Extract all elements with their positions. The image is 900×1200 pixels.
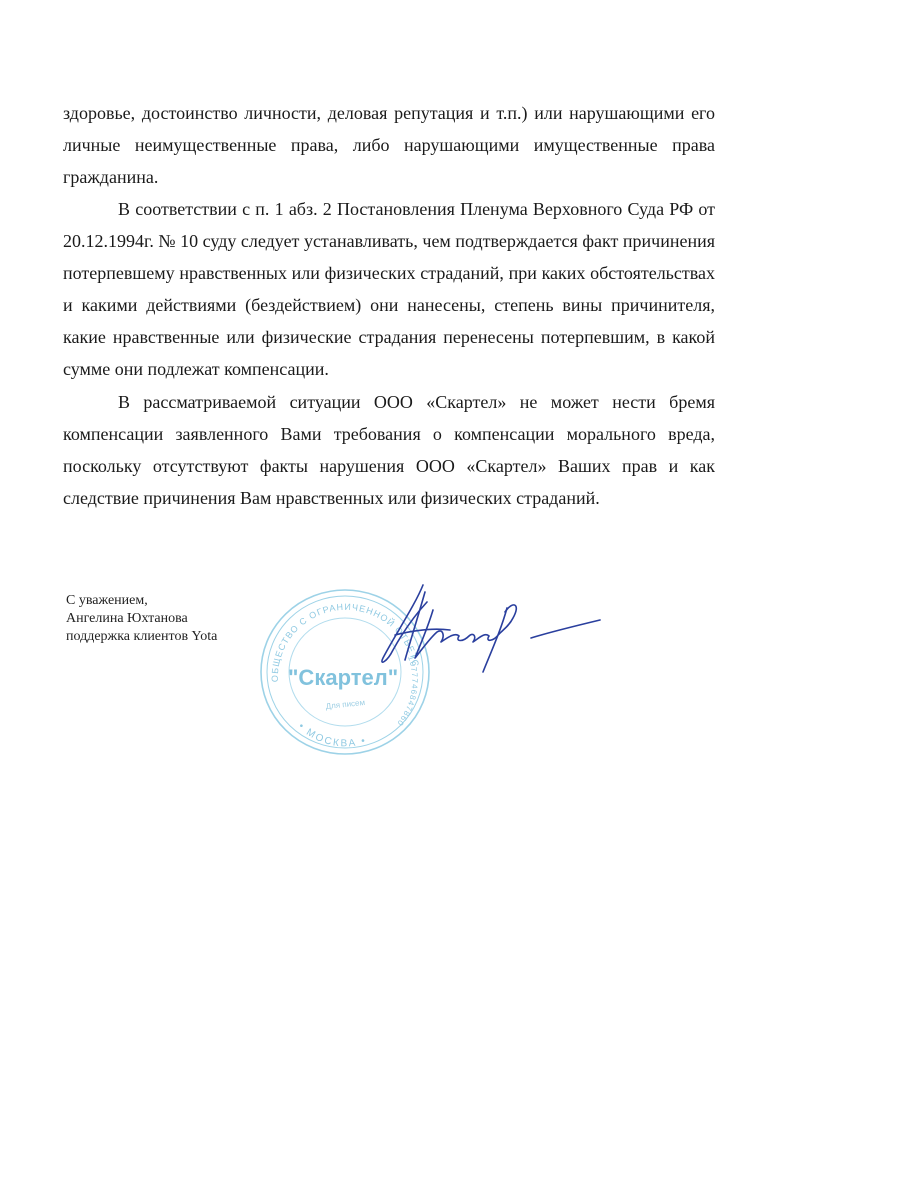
paragraph-continuation: здоровье, достоинство личности, деловая … [63,97,715,193]
signer-role: поддержка клиентов Yota [66,628,217,646]
salutation: С уважением, [66,592,217,610]
signature-icon [375,580,605,690]
stamp-sub-text: Для писем [325,698,365,711]
paragraph-conclusion: В рассматриваемой ситуации ООО «Скартел»… [63,386,715,514]
signer-name: Ангелина Юхтанова [66,610,217,628]
paragraph-plenum-reference: В соответствии с п. 1 абз. 2 Постановлен… [63,193,715,385]
letter-page: здоровье, достоинство личности, деловая … [0,0,900,1200]
closing-block: С уважением, Ангелина Юхтанова поддержка… [66,592,217,646]
